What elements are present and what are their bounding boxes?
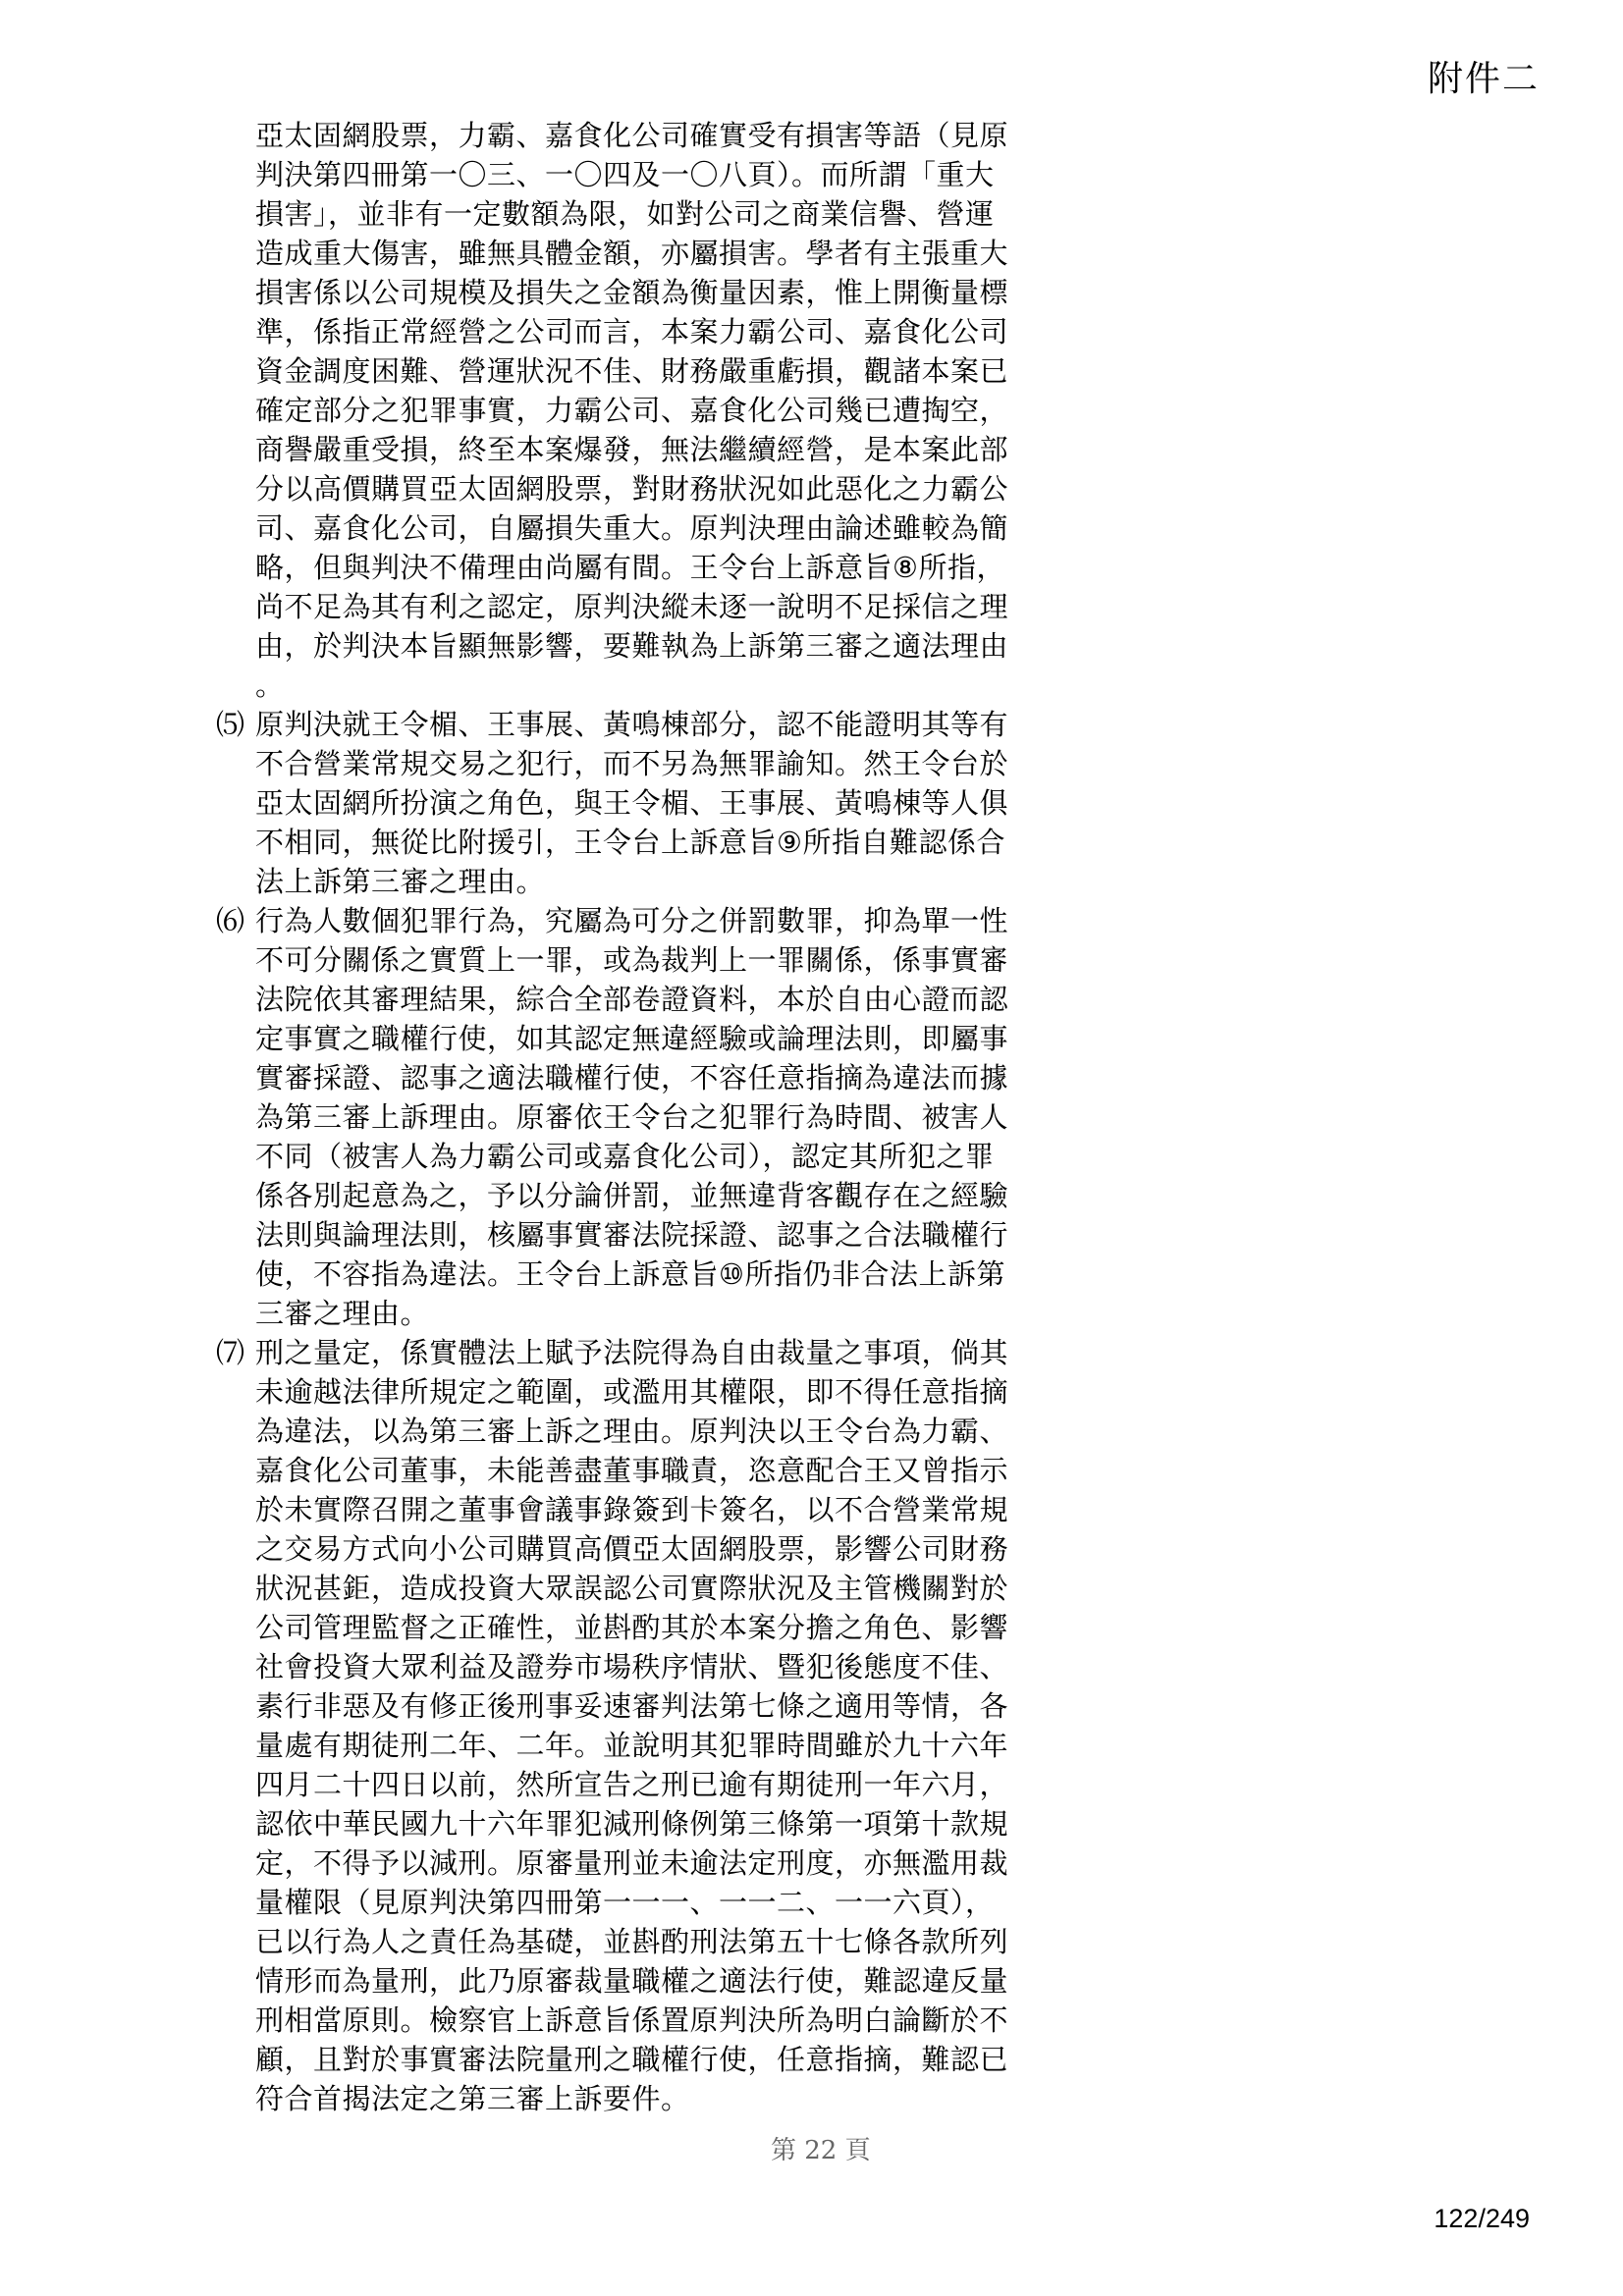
text-line: 不可分關係之實質上一罪，或為裁判上一罪關係，係事實審 bbox=[216, 940, 992, 980]
text-line: 不合營業常規交易之犯行，而不另為無罪諭知。然王令台於 bbox=[216, 744, 992, 783]
text-line: 不同（被害人為力霸公司或嘉食化公司），認定其所犯之罪 bbox=[216, 1137, 992, 1176]
line-text: 不合營業常規交易之犯行，而不另為無罪諭知。然王令台於 bbox=[255, 747, 1008, 780]
attachment-label: 附件二 bbox=[1428, 51, 1540, 101]
line-text: 資金調度困難、營運狀況不佳、財務嚴重虧損，觀諸本案已 bbox=[255, 354, 1008, 388]
line-text: 略，但與判決不備理由尚屬有間。王令台上訴意旨⑧所指， bbox=[255, 551, 1005, 584]
line-text: 法院依其審理結果，綜合全部卷證資料，本於自由心證而認 bbox=[255, 983, 1008, 1016]
text-line: 造成重大傷害，雖無具體金額，亦屬損害。學者有主張重大 bbox=[216, 234, 992, 273]
line-text: 三審之理由。 bbox=[255, 1297, 429, 1330]
line-text: 。 bbox=[255, 668, 285, 702]
text-line: 為第三審上訴理由。原審依王令台之犯罪行為時間、被害人 bbox=[216, 1097, 992, 1137]
text-line: 素行非惡及有修正後刑事妥速審判法第七條之適用等情，各 bbox=[216, 1686, 992, 1726]
line-text: 原判決就王令楣、王事展、黃鳴棟部分，認不能證明其等有 bbox=[255, 708, 1008, 741]
line-text: 定事實之職權行使，如其認定無違經驗或論理法則，即屬事 bbox=[255, 1022, 1008, 1055]
line-text: 準，係指正常經營之公司而言，本案力霸公司、嘉食化公司 bbox=[255, 315, 1008, 348]
line-text: 法上訴第三審之理由。 bbox=[255, 865, 545, 898]
line-text: 認依中華民國九十六年罪犯減刑條例第三條第一項第十款規 bbox=[255, 1807, 1008, 1841]
line-text: 亞太固網股票，力霸、嘉食化公司確實受有損害等語（見原 bbox=[255, 119, 1008, 152]
text-line: 為違法，以為第三審上訴之理由。原判決以王令台為力霸、 bbox=[216, 1412, 992, 1451]
line-text: 不相同，無從比附援引，王令台上訴意旨⑨所指自難認係合 bbox=[255, 826, 1005, 859]
line-text: 之交易方式向小公司購買高價亞太固網股票，影響公司財務 bbox=[255, 1532, 1008, 1566]
text-line: 顧，且對於事實審法院量刑之職權行使，任意指摘，難認已 bbox=[216, 2040, 992, 2079]
text-line: 刑相當原則。檢察官上訴意旨係置原判決所為明白論斷於不 bbox=[216, 2001, 992, 2040]
text-line: 未逾越法律所規定之範圍，或濫用其權限，即不得任意指摘 bbox=[216, 1372, 992, 1412]
text-line: 亞太固網所扮演之角色，與王令楣、王事展、黃鳴棟等人俱 bbox=[216, 783, 992, 823]
continuation-paragraph: 亞太固網股票，力霸、嘉食化公司確實受有損害等語（見原判決第四冊第一〇三、一〇四及… bbox=[216, 116, 992, 705]
line-text: 分以高價購買亞太固網股票，對財務狀況如此惡化之力霸公 bbox=[255, 472, 1008, 506]
line-text: 未逾越法律所規定之範圍，或濫用其權限，即不得任意指摘 bbox=[255, 1375, 1008, 1409]
line-text: 為第三審上訴理由。原審依王令台之犯罪行為時間、被害人 bbox=[255, 1100, 1008, 1134]
text-line: 準，係指正常經營之公司而言，本案力霸公司、嘉食化公司 bbox=[216, 312, 992, 351]
item-marker: ⑹ bbox=[216, 901, 255, 940]
text-line: 資金調度困難、營運狀況不佳、財務嚴重虧損，觀諸本案已 bbox=[216, 351, 992, 391]
pdf-page-counter: 122/249 bbox=[1434, 2204, 1530, 2234]
text-line: 確定部分之犯罪事實，力霸公司、嘉食化公司幾已遭掏空， bbox=[216, 391, 992, 430]
text-line: 由，於判決本旨顯無影響，要難執為上訴第三審之適法理由 bbox=[216, 626, 992, 666]
line-text: 嘉食化公司董事，未能善盡董事職責，恣意配合王又曾指示 bbox=[255, 1454, 1008, 1487]
line-text: 造成重大傷害，雖無具體金額，亦屬損害。學者有主張重大 bbox=[255, 237, 1008, 270]
text-line: 損害」，並非有一定數額為限，如對公司之商業信譽、營運 bbox=[216, 194, 992, 234]
text-line: 使，不容指為違法。王令台上訴意旨⑩所指仍非合法上訴第 bbox=[216, 1255, 992, 1294]
line-text: 亞太固網所扮演之角色，與王令楣、王事展、黃鳴棟等人俱 bbox=[255, 786, 1008, 820]
text-line: 係各別起意為之，予以分論併罰，並無違背客觀存在之經驗 bbox=[216, 1176, 992, 1215]
line-text: 四月二十四日以前，然所宣告之刑已逾有期徒刑一年六月， bbox=[255, 1768, 1008, 1801]
text-line: ⑺刑之量定，係實體法上賦予法院得為自由裁量之事項，倘其 bbox=[216, 1333, 992, 1372]
numbered-paragraph: ⑺刑之量定，係實體法上賦予法院得為自由裁量之事項，倘其未逾越法律所規定之範圍，或… bbox=[216, 1333, 992, 2118]
line-text: 判決第四冊第一〇三、一〇四及一〇八頁）。而所謂「重大 bbox=[255, 158, 995, 191]
text-line: 亞太固網股票，力霸、嘉食化公司確實受有損害等語（見原 bbox=[216, 116, 992, 155]
document-body: 亞太固網股票，力霸、嘉食化公司確實受有損害等語（見原判決第四冊第一〇三、一〇四及… bbox=[216, 116, 992, 2118]
text-line: 實審採證、認事之適法職權行使，不容任意指摘為違法而據 bbox=[216, 1058, 992, 1097]
text-line: 社會投資大眾利益及證券市場秩序情狀、暨犯後態度不佳、 bbox=[216, 1647, 992, 1686]
line-text: 於未實際召開之董事會議事錄簽到卡簽名，以不合營業常規 bbox=[255, 1493, 1008, 1526]
text-line: 。 bbox=[216, 666, 992, 705]
text-line: 商譽嚴重受損，終至本案爆發，無法繼續經營，是本案此部 bbox=[216, 430, 992, 469]
text-line: 法上訴第三審之理由。 bbox=[216, 862, 992, 901]
line-text: 顧，且對於事實審法院量刑之職權行使，任意指摘，難認已 bbox=[255, 2043, 1008, 2076]
line-text: 刑之量定，係實體法上賦予法院得為自由裁量之事項，倘其 bbox=[255, 1336, 1008, 1369]
text-line: 已以行為人之責任為基礎，並斟酌刑法第五十七條各款所列 bbox=[216, 1922, 992, 1961]
line-text: 素行非惡及有修正後刑事妥速審判法第七條之適用等情，各 bbox=[255, 1689, 1008, 1723]
text-line: 四月二十四日以前，然所宣告之刑已逾有期徒刑一年六月， bbox=[216, 1765, 992, 1804]
text-line: 於未實際召開之董事會議事錄簽到卡簽名，以不合營業常規 bbox=[216, 1490, 992, 1529]
text-line: 情形而為量刑，此乃原審裁量職權之適法行使，難認違反量 bbox=[216, 1961, 992, 2001]
line-text: 情形而為量刑，此乃原審裁量職權之適法行使，難認違反量 bbox=[255, 1964, 1008, 1998]
text-line: 分以高價購買亞太固網股票，對財務狀況如此惡化之力霸公 bbox=[216, 469, 992, 508]
text-line: 符合首揭法定之第三審上訴要件。 bbox=[216, 2079, 992, 2118]
line-text: 不可分關係之實質上一罪，或為裁判上一罪關係，係事實審 bbox=[255, 943, 1008, 977]
text-line: 量處有期徒刑二年、二年。並說明其犯罪時間雖於九十六年 bbox=[216, 1726, 992, 1765]
text-line: 判決第四冊第一〇三、一〇四及一〇八頁）。而所謂「重大 bbox=[216, 155, 992, 194]
line-text: 商譽嚴重受損，終至本案爆發，無法繼續經營，是本案此部 bbox=[255, 433, 1008, 466]
line-text: 確定部分之犯罪事實，力霸公司、嘉食化公司幾已遭掏空， bbox=[255, 394, 1008, 427]
text-line: 認依中華民國九十六年罪犯減刑條例第三條第一項第十款規 bbox=[216, 1804, 992, 1843]
text-line: 三審之理由。 bbox=[216, 1294, 992, 1333]
text-line: 定，不得予以減刑。原審量刑並未逾法定刑度，亦無濫用裁 bbox=[216, 1843, 992, 1883]
line-text: 量處有期徒刑二年、二年。並說明其犯罪時間雖於九十六年 bbox=[255, 1729, 1008, 1762]
item-marker: ⑺ bbox=[216, 1333, 255, 1372]
text-line: 尚不足為其有利之認定，原判決縱未逐一說明不足採信之理 bbox=[216, 587, 992, 626]
line-text: 已以行為人之責任為基礎，並斟酌刑法第五十七條各款所列 bbox=[255, 1925, 1008, 1958]
line-text: 狀況甚鉅，造成投資大眾誤認公司實際狀況及主管機關對於 bbox=[255, 1572, 1008, 1605]
numbered-paragraph: ⑹行為人數個犯罪行為，究屬為可分之併罰數罪，抑為單一性不可分關係之實質上一罪，或… bbox=[216, 901, 992, 1333]
item-marker: ⑸ bbox=[216, 705, 255, 744]
text-line: ⑹行為人數個犯罪行為，究屬為可分之併罰數罪，抑為單一性 bbox=[216, 901, 992, 940]
line-text: 不同（被害人為力霸公司或嘉食化公司），認定其所犯之罪 bbox=[255, 1140, 995, 1173]
line-text: 實審採證、認事之適法職權行使，不容任意指摘為違法而據 bbox=[255, 1061, 1008, 1095]
text-line: 定事實之職權行使，如其認定無違經驗或論理法則，即屬事 bbox=[216, 1019, 992, 1058]
line-text: 司、嘉食化公司，自屬損失重大。原判決理由論述雖較為簡 bbox=[255, 511, 1008, 545]
line-text: 係各別起意為之，予以分論併罰，並無違背客觀存在之經驗 bbox=[255, 1179, 1008, 1212]
text-line: 略，但與判決不備理由尚屬有間。王令台上訴意旨⑧所指， bbox=[216, 548, 992, 587]
line-text: 行為人數個犯罪行為，究屬為可分之併罰數罪，抑為單一性 bbox=[255, 904, 1008, 937]
line-text: 損害」，並非有一定數額為限，如對公司之商業信譽、營運 bbox=[255, 197, 995, 231]
line-text: 尚不足為其有利之認定，原判決縱未逐一說明不足採信之理 bbox=[255, 590, 1008, 623]
line-text: 法則與論理法則，核屬事實審法院採證、認事之合法職權行 bbox=[255, 1218, 1008, 1252]
line-text: 量權限（見原判決第四冊第一一一、一一二、一一六頁）， bbox=[255, 1886, 995, 1919]
text-line: 損害係以公司規模及損失之金額為衡量因素，惟上開衡量標 bbox=[216, 273, 992, 312]
text-line: 量權限（見原判決第四冊第一一一、一一二、一一六頁）， bbox=[216, 1883, 992, 1922]
text-line: 法則與論理法則，核屬事實審法院採證、認事之合法職權行 bbox=[216, 1215, 992, 1255]
text-line: 之交易方式向小公司購買高價亞太固網股票，影響公司財務 bbox=[216, 1529, 992, 1569]
line-text: 刑相當原則。檢察官上訴意旨係置原判決所為明白論斷於不 bbox=[255, 2003, 1008, 2037]
line-text: 為違法，以為第三審上訴之理由。原判決以王令台為力霸、 bbox=[255, 1415, 1008, 1448]
line-text: 使，不容指為違法。王令台上訴意旨⑩所指仍非合法上訴第 bbox=[255, 1257, 1005, 1291]
text-line: 不相同，無從比附援引，王令台上訴意旨⑨所指自難認係合 bbox=[216, 823, 992, 862]
text-line: ⑸原判決就王令楣、王事展、黃鳴棟部分，認不能證明其等有 bbox=[216, 705, 992, 744]
text-line: 法院依其審理結果，綜合全部卷證資料，本於自由心證而認 bbox=[216, 980, 992, 1019]
text-line: 嘉食化公司董事，未能善盡董事職責，恣意配合王又曾指示 bbox=[216, 1451, 992, 1490]
text-line: 司、嘉食化公司，自屬損失重大。原判決理由論述雖較為簡 bbox=[216, 508, 992, 548]
numbered-paragraph: ⑸原判決就王令楣、王事展、黃鳴棟部分，認不能證明其等有不合營業常規交易之犯行，而… bbox=[216, 705, 992, 901]
line-text: 公司管理監督之正確性，並斟酌其於本案分擔之角色、影響 bbox=[255, 1611, 1008, 1644]
line-text: 損害係以公司規模及損失之金額為衡量因素，惟上開衡量標 bbox=[255, 276, 1008, 309]
text-line: 公司管理監督之正確性，並斟酌其於本案分擔之角色、影響 bbox=[216, 1608, 992, 1647]
line-text: 定，不得予以減刑。原審量刑並未逾法定刑度，亦無濫用裁 bbox=[255, 1846, 1008, 1880]
line-text: 由，於判決本旨顯無影響，要難執為上訴第三審之適法理由 bbox=[255, 629, 1008, 663]
page-number: 第 22 頁 bbox=[771, 2130, 871, 2166]
line-text: 符合首揭法定之第三審上訴要件。 bbox=[255, 2082, 690, 2115]
line-text: 社會投資大眾利益及證券市場秩序情狀、暨犯後態度不佳、 bbox=[255, 1650, 1008, 1683]
text-line: 狀況甚鉅，造成投資大眾誤認公司實際狀況及主管機關對於 bbox=[216, 1569, 992, 1608]
